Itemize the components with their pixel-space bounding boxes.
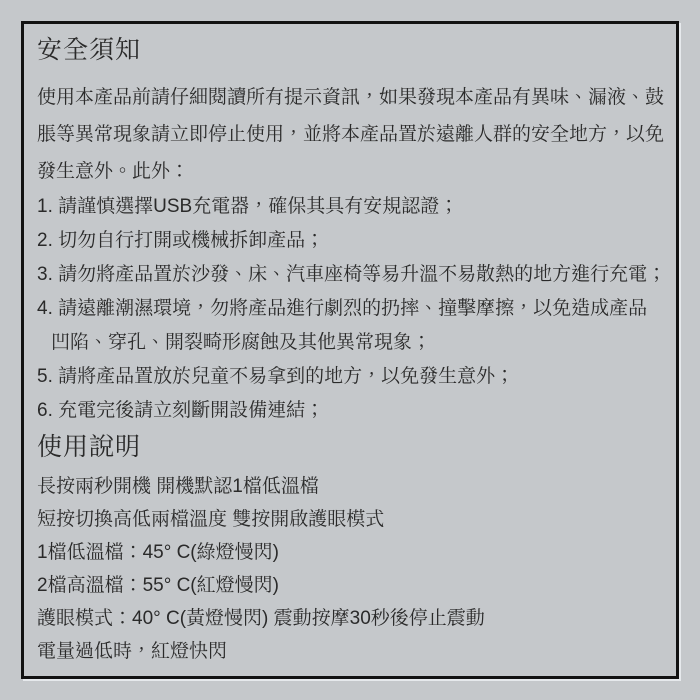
safety-item: 4. 請遠離潮濕環境，勿將產品進行劇烈的扔摔、撞擊摩擦，以免造成產品 bbox=[37, 292, 666, 326]
safety-item: 3. 請勿將產品置於沙發、床、汽車座椅等易升溫不易散熱的地方進行充電； bbox=[37, 258, 666, 292]
safety-item-continuation: 凹陷、穿孔、開裂畸形腐蝕及其他異常現象； bbox=[37, 326, 666, 360]
usage-section-title: 使用說明 bbox=[37, 432, 666, 462]
page-background: 安全須知 使用本產品前請仔細閱讀所有提示資訊，如果發現本產品有異味、漏液、鼓 脹… bbox=[0, 0, 700, 700]
usage-line: 1檔低溫檔：45° C(綠燈慢閃) bbox=[37, 536, 666, 569]
safety-item: 5. 請將產品置放於兒童不易拿到的地方，以免發生意外； bbox=[37, 360, 666, 394]
safety-intro: 使用本產品前請仔細閱讀所有提示資訊，如果發現本產品有異味、漏液、鼓 脹等異常現象… bbox=[37, 79, 666, 190]
usage-line: 長按兩秒開機 開機默認1檔低溫檔 bbox=[37, 470, 666, 503]
usage-line: 2檔高溫檔：55° C(紅燈慢閃) bbox=[37, 569, 666, 602]
safety-intro-line: 使用本產品前請仔細閱讀所有提示資訊，如果發現本產品有異味、漏液、鼓 bbox=[37, 79, 666, 116]
usage-line: 電量過低時，紅燈快閃 bbox=[37, 635, 666, 668]
safety-item: 6. 充電完後請立刻斷開設備連結； bbox=[37, 394, 666, 428]
safety-item: 2. 切勿自行打開或機械拆卸產品； bbox=[37, 224, 666, 258]
safety-intro-line: 脹等異常現象請立即停止使用，並將本產品置於遠離人群的安全地方，以免 bbox=[37, 116, 666, 153]
notice-card: 安全須知 使用本產品前請仔細閱讀所有提示資訊，如果發現本產品有異味、漏液、鼓 脹… bbox=[21, 21, 679, 679]
safety-section-title: 安全須知 bbox=[37, 35, 666, 65]
usage-line: 短按切換高低兩檔溫度 雙按開啟護眼模式 bbox=[37, 503, 666, 536]
usage-line: 護眼模式：40° C(黃燈慢閃) 震動按摩30秒後停止震動 bbox=[37, 602, 666, 635]
safety-item: 1. 請謹慎選擇USB充電器，確保其具有安規認證； bbox=[37, 190, 666, 224]
safety-intro-line: 發生意外。此外： bbox=[37, 153, 666, 190]
usage-instructions: 長按兩秒開機 開機默認1檔低溫檔 短按切換高低兩檔溫度 雙按開啟護眼模式 1檔低… bbox=[37, 470, 666, 668]
safety-item-list: 1. 請謹慎選擇USB充電器，確保其具有安規認證； 2. 切勿自行打開或機械拆卸… bbox=[37, 190, 666, 428]
